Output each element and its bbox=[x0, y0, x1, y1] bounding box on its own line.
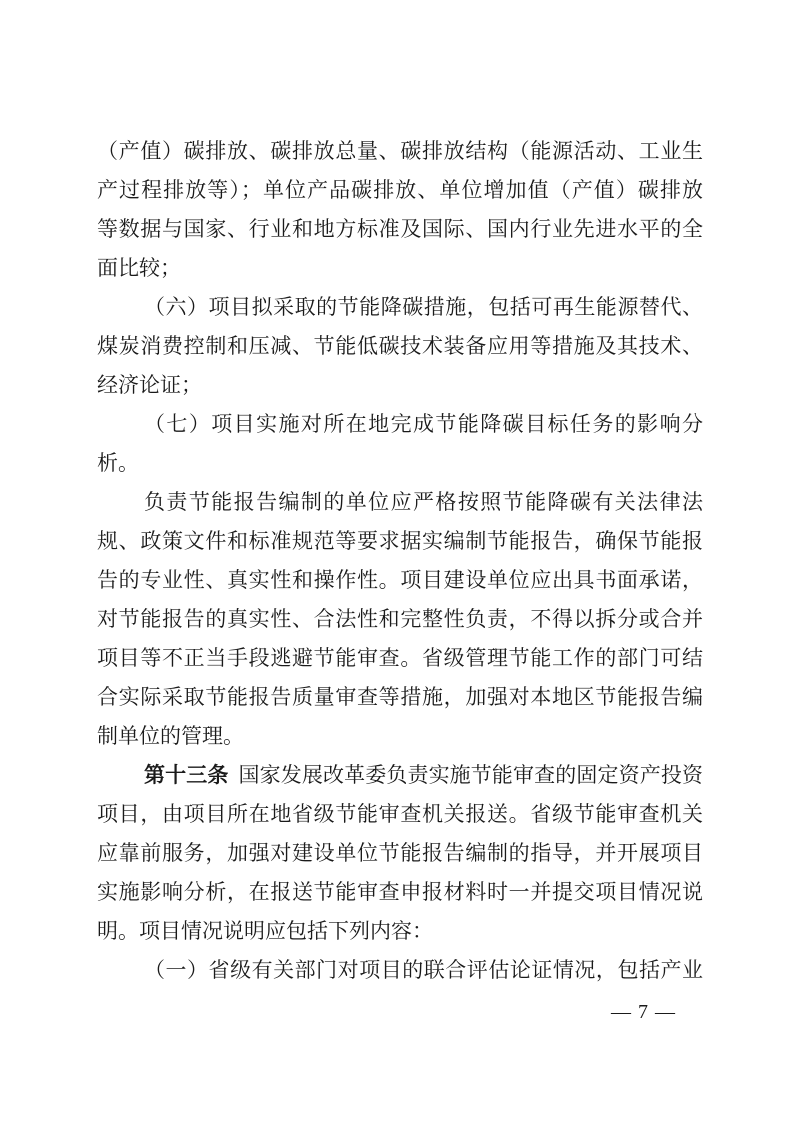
text-line: 对节能报告的真实性、合法性和完整性负责，不得以拆分或合并 bbox=[97, 600, 703, 639]
text-line: 面比较； bbox=[97, 249, 703, 288]
text-line: 项目等不正当手段逃避节能审查。省级管理节能工作的部门可结 bbox=[97, 639, 703, 678]
text-line: 经济论证； bbox=[97, 366, 703, 405]
article13-label: 第十三条 bbox=[144, 764, 228, 787]
text-line: （一）省级有关部门对项目的联合评估论证情况，包括产业 bbox=[97, 951, 703, 990]
text-line: 制单位的管理。 bbox=[97, 717, 703, 756]
text-line: 负责节能报告编制的单位应严格按照节能降碳有关法律法 bbox=[97, 483, 703, 522]
text-line: 告的专业性、真实性和操作性。项目建设单位应出具书面承诺， bbox=[97, 561, 703, 600]
page-number: — 7 — bbox=[611, 998, 676, 1026]
document-body: （产值）碳排放、碳排放总量、碳排放结构（能源活动、工业生 产过程排放等）；单位产… bbox=[97, 132, 703, 990]
text-line: 煤炭消费控制和压减、节能低碳技术装备应用等措施及其技术、 bbox=[97, 327, 703, 366]
article13-line: 第十三条国家发展改革委负责实施节能审查的固定资产投资 bbox=[97, 756, 703, 795]
text-line: 等数据与国家、行业和地方标准及国际、国内行业先进水平的全 bbox=[97, 210, 703, 249]
document-page: （产值）碳排放、碳排放总量、碳排放结构（能源活动、工业生 产过程排放等）；单位产… bbox=[0, 0, 794, 1123]
article13-text: 国家发展改革委负责实施节能审查的固定资产投资 bbox=[238, 763, 703, 787]
text-line: （七）项目实施对所在地完成节能降碳目标任务的影响分 bbox=[97, 405, 703, 444]
text-line: 规、政策文件和标准规范等要求据实编制节能报告，确保节能报 bbox=[97, 522, 703, 561]
text-line: 明。项目情况说明应包括下列内容： bbox=[97, 912, 703, 951]
text-line: 项目，由项目所在地省级节能审查机关报送。省级节能审查机关 bbox=[97, 795, 703, 834]
text-line: （六）项目拟采取的节能降碳措施，包括可再生能源替代、 bbox=[97, 288, 703, 327]
text-line: 实施影响分析，在报送节能审查申报材料时一并提交项目情况说 bbox=[97, 873, 703, 912]
text-line: 产过程排放等）；单位产品碳排放、单位增加值（产值）碳排放 bbox=[97, 171, 703, 210]
text-line: 合实际采取节能报告质量审查等措施，加强对本地区节能报告编 bbox=[97, 678, 703, 717]
text-line: 析。 bbox=[97, 444, 703, 483]
text-line: （产值）碳排放、碳排放总量、碳排放结构（能源活动、工业生 bbox=[97, 132, 703, 171]
text-line: 应靠前服务，加强对建设单位节能报告编制的指导，并开展项目 bbox=[97, 834, 703, 873]
